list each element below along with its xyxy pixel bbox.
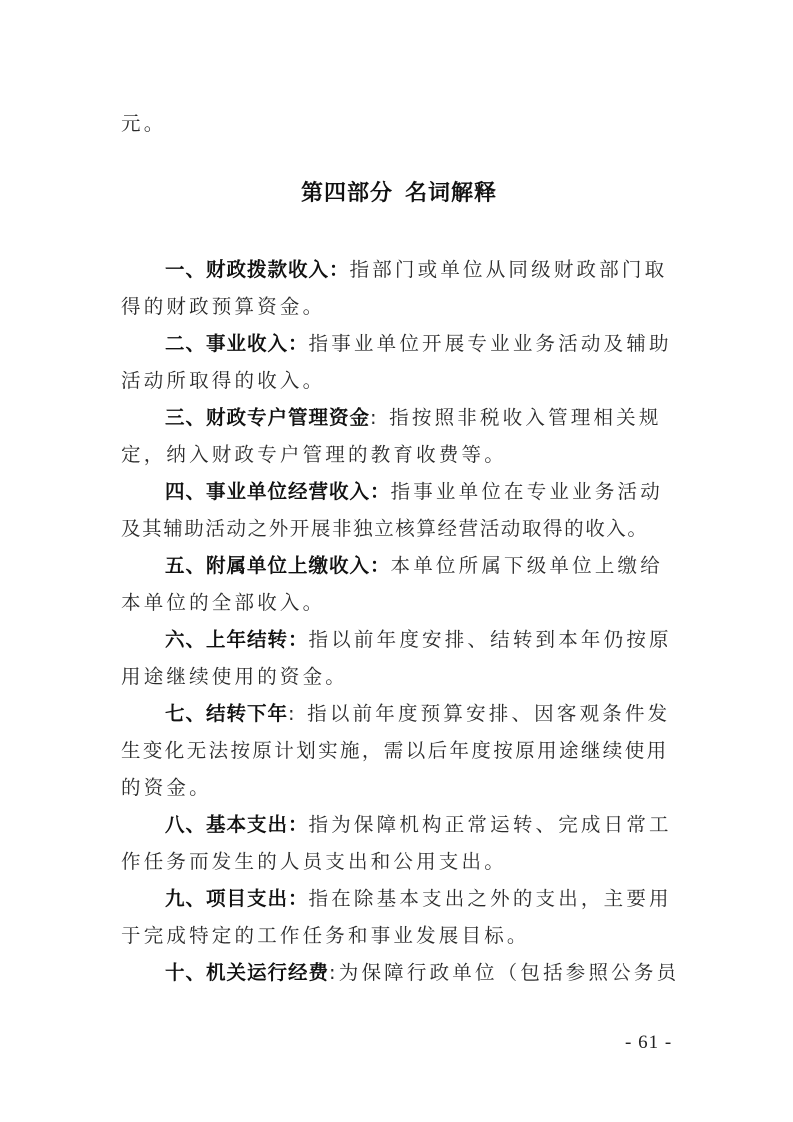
page-number: - 61 - xyxy=(625,1032,672,1054)
term-label: 六、上年结转： xyxy=(165,628,309,651)
definition-text: 指在除基本支出之外的支出，主要用 xyxy=(309,887,672,910)
definition-entry-8: 八、基本支出：指为保障机构正常运转、完成日常工 xyxy=(165,813,672,837)
section-title: 第四部分名词解释 xyxy=(121,180,677,208)
carryover-text: 元。 xyxy=(121,112,166,136)
section-title-part: 第四部分 xyxy=(301,181,393,206)
definition-text: 指为保障机构正常运转、完成日常工 xyxy=(309,813,672,836)
definition-continuation: 作任务而发生的人员支出和公用支出。 xyxy=(121,850,507,874)
definition-text: 指以前年度安排、结转到本年仍按原 xyxy=(309,628,672,651)
definition-entry-10: 十、机关运行经费:为保障行政单位（包括参照公务员 xyxy=(165,961,679,985)
definition-entry-4: 四、事业单位经营收入：指事业单位在专业业务活动 xyxy=(165,480,663,504)
definition-entry-3: 三、财政专户管理资金: 指按照非税收入管理相关规 xyxy=(165,406,662,430)
definition-continuation: 的资金。 xyxy=(121,776,212,800)
definition-continuation: 用途继续使用的资金。 xyxy=(121,665,348,689)
term-label: 七、结转下年 xyxy=(165,702,288,725)
term-label: 一、财政拨款收入： xyxy=(165,258,350,281)
definition-continuation: 活动所取得的收入。 xyxy=(121,369,325,393)
definition-text: 指部门或单位从同级财政部门取 xyxy=(350,258,668,281)
definition-text: : 指以前年度预算安排、因客观条件发 xyxy=(288,702,670,725)
definition-entry-1: 一、财政拨款收入：指部门或单位从同级财政部门取 xyxy=(165,258,667,282)
definition-entry-7: 七、结转下年: 指以前年度预算安排、因客观条件发 xyxy=(165,702,670,726)
definition-text: 指事业单位在专业业务活动 xyxy=(391,480,663,503)
term-label: 三、财政专户管理资金 xyxy=(165,406,370,429)
term-label: 九、项目支出： xyxy=(165,887,309,910)
definition-continuation: 生变化无法按原计划实施，需以后年度按原用途继续使用 xyxy=(121,739,669,763)
definition-entry-6: 六、上年结转：指以前年度安排、结转到本年仍按原 xyxy=(165,628,672,652)
definition-text: : 指按照非税收入管理相关规 xyxy=(370,406,662,429)
definition-continuation: 定，纳入财政专户管理的教育收费等。 xyxy=(121,443,507,467)
term-label: 十、机关运行经费 xyxy=(165,961,329,984)
definition-continuation: 本单位的全部收入。 xyxy=(121,591,325,615)
definition-continuation: 及其辅助活动之外开展非独立核算经营活动取得的收入。 xyxy=(121,517,649,541)
definition-text: :为保障行政单位（包括参照公务员 xyxy=(329,961,679,984)
definition-continuation: 得的财政预算资金。 xyxy=(121,295,325,319)
term-label: 五、附属单位上缴收入： xyxy=(165,554,391,577)
definition-entry-9: 九、项目支出：指在除基本支出之外的支出，主要用 xyxy=(165,887,672,911)
term-label: 四、事业单位经营收入： xyxy=(165,480,391,503)
definition-text: 指事业单位开展专业业务活动及辅助 xyxy=(309,332,672,355)
definition-text: 本单位所属下级单位上缴给 xyxy=(391,554,663,577)
definition-entry-2: 二、事业收入：指事业单位开展专业业务活动及辅助 xyxy=(165,332,672,356)
section-title-name: 名词解释 xyxy=(405,181,497,206)
term-label: 二、事业收入： xyxy=(165,332,309,355)
term-label: 八、基本支出： xyxy=(165,813,309,836)
definition-entry-5: 五、附属单位上缴收入：本单位所属下级单位上缴给 xyxy=(165,554,663,578)
definition-continuation: 于完成特定的工作任务和事业发展目标。 xyxy=(121,924,530,948)
